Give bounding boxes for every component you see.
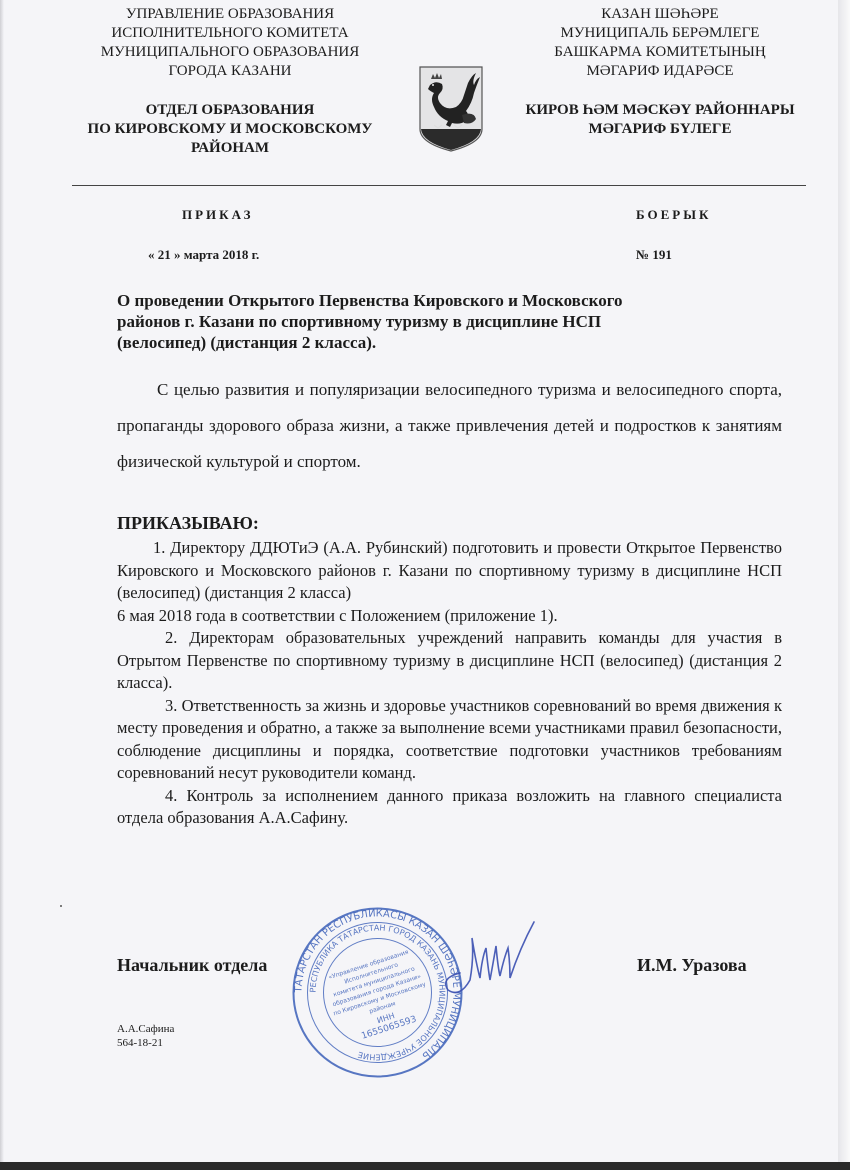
header-left-bold-line: РАЙОНАМ [70, 139, 390, 158]
order-keyword: ПРИКАЗЫВАЮ: [117, 513, 259, 534]
order-item-4: 4. Контроль за исполнением данного прика… [117, 785, 782, 830]
header-left-line: МУНИЦИПАЛЬНОГО ОБРАЗОВАНИЯ [70, 43, 390, 62]
header-left-line: УПРАВЛЕНИЕ ОБРАЗОВАНИЯ [70, 5, 390, 24]
header-left-line: ИСПОЛНИТЕЛЬНОГО КОМИТЕТА [70, 24, 390, 43]
executor-info: А.А.Сафина 564-18-21 [117, 1022, 174, 1050]
header-left-bold-line: ОТДЕЛ ОБРАЗОВАНИЯ [70, 101, 390, 120]
order-item-continuation: 6 мая 2018 года в соответствии с Положен… [117, 605, 782, 628]
header-right-line: БАШКАРМА КОМИТЕТЫНЫҢ [500, 43, 820, 62]
order-title-tt: БОЕРЫК [636, 207, 711, 223]
header-right-line: МӘГАРИФ ИДАРӘСЕ [500, 62, 820, 81]
signer-title: Начальник отдела [117, 955, 267, 976]
header-right-line: МУНИЦИПАЛЬ БЕРӘМЛЕГЕ [500, 24, 820, 43]
document-page: УПРАВЛЕНИЕ ОБРАЗОВАНИЯ ИСПОЛНИТЕЛЬНОГО К… [0, 0, 838, 1162]
header-right-department: КИРОВ ҺӘМ МӘСКӘҮ РАЙОННАРЫ МӘГАРИФ БҮЛЕГ… [500, 101, 820, 139]
order-item-text: 1. Директору ДДЮТиЭ (А.А. Рубинский) под… [117, 538, 782, 602]
order-date: « 21 » марта 2018 г. [148, 247, 259, 263]
order-number: № 191 [636, 247, 672, 263]
subject-line: (велосипед) (дистанция 2 класса). [117, 332, 737, 353]
scan-left-edge [0, 0, 4, 1170]
handwritten-signature-icon [430, 918, 540, 1003]
signer-name: И.М. Уразова [637, 955, 747, 976]
order-subject: О проведении Открытого Первенства Кировс… [117, 290, 737, 353]
order-items: 1. Директору ДДЮТиЭ (А.А. Рубинский) под… [117, 537, 782, 830]
header-left-department: ОТДЕЛ ОБРАЗОВАНИЯ ПО КИРОВСКОМУ И МОСКОВ… [70, 101, 390, 158]
preamble-paragraph: С целью развития и популяризации велосип… [117, 372, 782, 480]
header-left: УПРАВЛЕНИЕ ОБРАЗОВАНИЯ ИСПОЛНИТЕЛЬНОГО К… [70, 5, 390, 158]
header-left-bold-line: ПО КИРОВСКОМУ И МОСКОВСКОМУ [70, 120, 390, 139]
header-right-bold-line: МӘГАРИФ БҮЛЕГЕ [500, 120, 820, 139]
header-left-line: ГОРОДА КАЗАНИ [70, 62, 390, 81]
header-divider [72, 185, 806, 186]
scan-right-edge [838, 0, 850, 1170]
header-right: КАЗАН ШӘҺӘРЕ МУНИЦИПАЛЬ БЕРӘМЛЕГЕ БАШКАР… [500, 5, 820, 139]
subject-line: районов г. Казани по спортивному туризму… [117, 311, 737, 332]
header-right-line: КАЗАН ШӘҺӘРЕ [500, 5, 820, 24]
executor-phone: 564-18-21 [117, 1036, 174, 1050]
order-item-2: 2. Директорам образовательных учреждений… [117, 627, 782, 695]
scan-speck [60, 905, 62, 907]
kazan-coat-of-arms-icon [416, 63, 486, 153]
order-item-1: 1. Директору ДДЮТиЭ (А.А. Рубинский) под… [117, 537, 782, 627]
order-item-3: 3. Ответственность за жизнь и здоровье у… [117, 695, 782, 785]
order-title-ru: ПРИКАЗ [182, 207, 254, 223]
executor-name: А.А.Сафина [117, 1022, 174, 1036]
subject-line: О проведении Открытого Первенства Кировс… [117, 290, 737, 311]
header-right-bold-line: КИРОВ ҺӘМ МӘСКӘҮ РАЙОННАРЫ [500, 101, 820, 120]
scan-bottom-edge [0, 1162, 850, 1170]
